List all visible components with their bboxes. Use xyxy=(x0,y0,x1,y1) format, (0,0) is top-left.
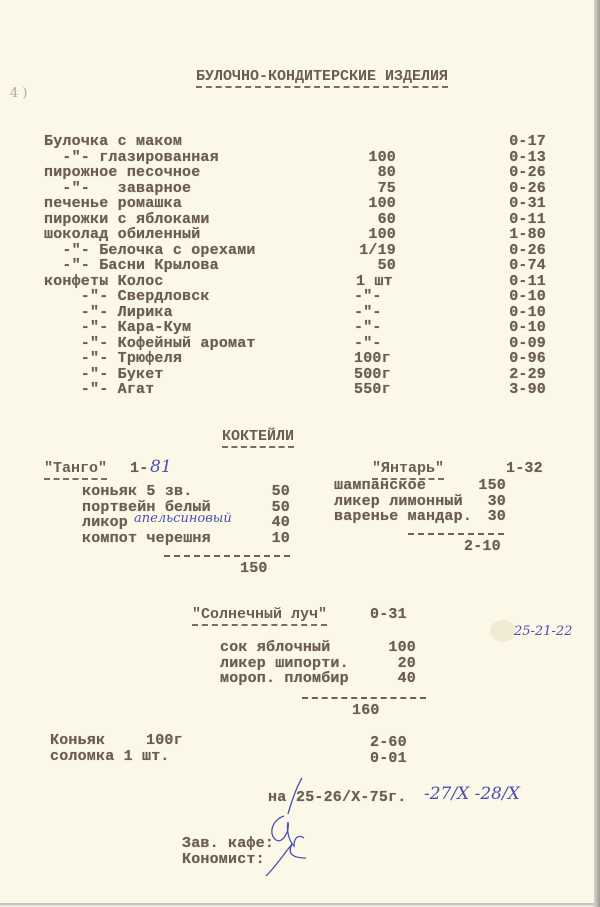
ingredient-qty: 40 xyxy=(250,515,290,531)
margin-mark: 4 ) xyxy=(10,86,27,101)
sum-rule xyxy=(302,697,426,699)
ingredient-name: шампанское xyxy=(334,478,426,494)
item-name: -"- Кара-Кум xyxy=(44,320,191,336)
cocktail-total: 160 xyxy=(352,703,380,719)
ingredient-qty: 50 xyxy=(250,500,290,516)
item-name: Коньяк xyxy=(50,733,105,749)
paper-stain xyxy=(490,620,516,642)
item-price: 0-26 xyxy=(490,165,546,181)
scan-edge-shadow xyxy=(594,0,600,907)
sum-rule xyxy=(408,533,504,535)
item-price: 3-90 xyxy=(490,382,546,398)
ingredient-name: ликор xyxy=(82,515,128,531)
item-price: 0-10 xyxy=(490,320,546,336)
item-name: печенье ромашка xyxy=(44,196,182,212)
item-name: шоколад обиленный xyxy=(44,227,200,243)
handwritten-margin-note: 25-21-22 xyxy=(514,624,572,639)
ingredient-qty: 30 xyxy=(466,509,506,525)
section-title-pastry: БУЛОЧНО-КОНДИТЕРСКИЕ ИЗДЕЛИЯ xyxy=(196,68,448,88)
item-price: 0-13 xyxy=(490,150,546,166)
item-price: 0-31 xyxy=(490,196,546,212)
ingredient-name: варенье мандар. xyxy=(334,509,472,525)
item-qty: 100 xyxy=(336,196,396,212)
item-qty: -"- xyxy=(354,305,382,321)
item-qty: -"- xyxy=(354,336,382,352)
ingredient-qty: 10 xyxy=(250,531,290,547)
item-qty: 1/19 xyxy=(336,243,396,259)
item-name: пирожки с яблоками xyxy=(44,212,210,228)
ingredient-name: коньяк 5 зв. xyxy=(82,484,192,500)
item-price: 1-80 xyxy=(490,227,546,243)
ingredient-name: компот черешня xyxy=(82,531,211,547)
ingredient-qty: 20 xyxy=(370,656,416,672)
ingredient-qty: 150 xyxy=(466,478,506,494)
item-name: -"- Лирика xyxy=(44,305,173,321)
item-price: 0-10 xyxy=(490,289,546,305)
item-name: пирожное песочное xyxy=(44,165,200,181)
item-price: 0-26 xyxy=(490,181,546,197)
cocktail-price: 1- xyxy=(130,461,148,477)
ingredient-name: ликер шипорти. xyxy=(220,656,349,672)
item-name: -"- Агат xyxy=(44,382,154,398)
signature-economist-icon xyxy=(262,840,312,880)
item-name: -"- Трюфеля xyxy=(44,351,182,367)
item-qty: 500г xyxy=(354,367,391,383)
item-qty: -"- xyxy=(354,289,382,305)
cocktail-price: 1-32 xyxy=(506,461,543,477)
item-name: -"- Кофейный аромат xyxy=(44,336,256,352)
handwritten-ingredient: апельсиновый xyxy=(134,511,232,526)
item-price: 0-09 xyxy=(490,336,546,352)
ingredient-qty: 50 xyxy=(250,484,290,500)
item-price: 0-17 xyxy=(490,134,546,150)
item-qty: 550г xyxy=(354,382,391,398)
item-price: 0-26 xyxy=(490,243,546,259)
item-name: -"- Свердловск xyxy=(44,289,210,305)
date-typed: 25-26/X-75г. xyxy=(296,790,406,806)
section-title-cocktails: КОКТЕЙЛИ xyxy=(222,428,294,448)
item-name: -"- заварное xyxy=(44,181,191,197)
item-qty: 50 xyxy=(336,258,396,274)
ingredient-qty: 40 xyxy=(370,671,416,687)
item-qty: 1 шт xyxy=(356,274,393,290)
sum-rule xyxy=(164,555,290,557)
item-price: 0-01 xyxy=(370,751,407,767)
ingredient-qty: 100 xyxy=(370,640,416,656)
item-qty: 100г xyxy=(146,733,183,749)
signature-label-economist: Кономист: xyxy=(182,852,265,868)
item-qty: 80 xyxy=(336,165,396,181)
item-name: Булочка с маком xyxy=(44,134,182,150)
item-name: соломка 1 шт. xyxy=(50,749,170,765)
date-handwritten: -27/X -28/X xyxy=(424,784,520,804)
handwritten-price: 81 xyxy=(150,457,172,477)
ingredient-name: мороп. пломбир xyxy=(220,671,349,687)
signature-label-manager: Зав. кафе: xyxy=(182,836,274,852)
cocktail-price: 0-31 xyxy=(370,607,407,623)
item-price: 0-74 xyxy=(490,258,546,274)
item-name: -"- глазированная xyxy=(44,150,219,166)
cocktail-total: 150 xyxy=(240,561,268,577)
pen-stroke-icon xyxy=(284,776,308,816)
item-price: 2-60 xyxy=(370,735,407,751)
ingredient-name: ликер лимонный xyxy=(334,494,463,510)
item-price: 0-96 xyxy=(490,351,546,367)
item-qty: -"- xyxy=(354,320,382,336)
item-qty: 60 xyxy=(336,212,396,228)
cocktail-total: 2-10 xyxy=(464,539,501,555)
item-name: -"- Белочка с орехами xyxy=(44,243,256,259)
item-price: 0-11 xyxy=(490,212,546,228)
item-name: конфеты Колос xyxy=(44,274,164,290)
ingredient-name: сок яблочный xyxy=(220,640,330,656)
item-name: -"- Басни Крылова xyxy=(44,258,219,274)
item-name: -"- Букет xyxy=(44,367,164,383)
item-qty: 100 xyxy=(336,150,396,166)
cocktail-name: "Танго" xyxy=(44,460,107,480)
item-price: 2-29 xyxy=(490,367,546,383)
ingredient-qty: 30 xyxy=(466,494,506,510)
item-qty: 100 xyxy=(336,227,396,243)
item-price: 0-10 xyxy=(490,305,546,321)
cocktail-name: "Солнечный луч" xyxy=(192,606,327,626)
item-qty: 75 xyxy=(336,181,396,197)
scanned-page: 4 ) БУЛОЧНО-КОНДИТЕРСКИЕ ИЗДЕЛИЯ Булочка… xyxy=(0,0,596,905)
item-price: 0-11 xyxy=(490,274,546,290)
item-qty: 100г xyxy=(354,351,391,367)
